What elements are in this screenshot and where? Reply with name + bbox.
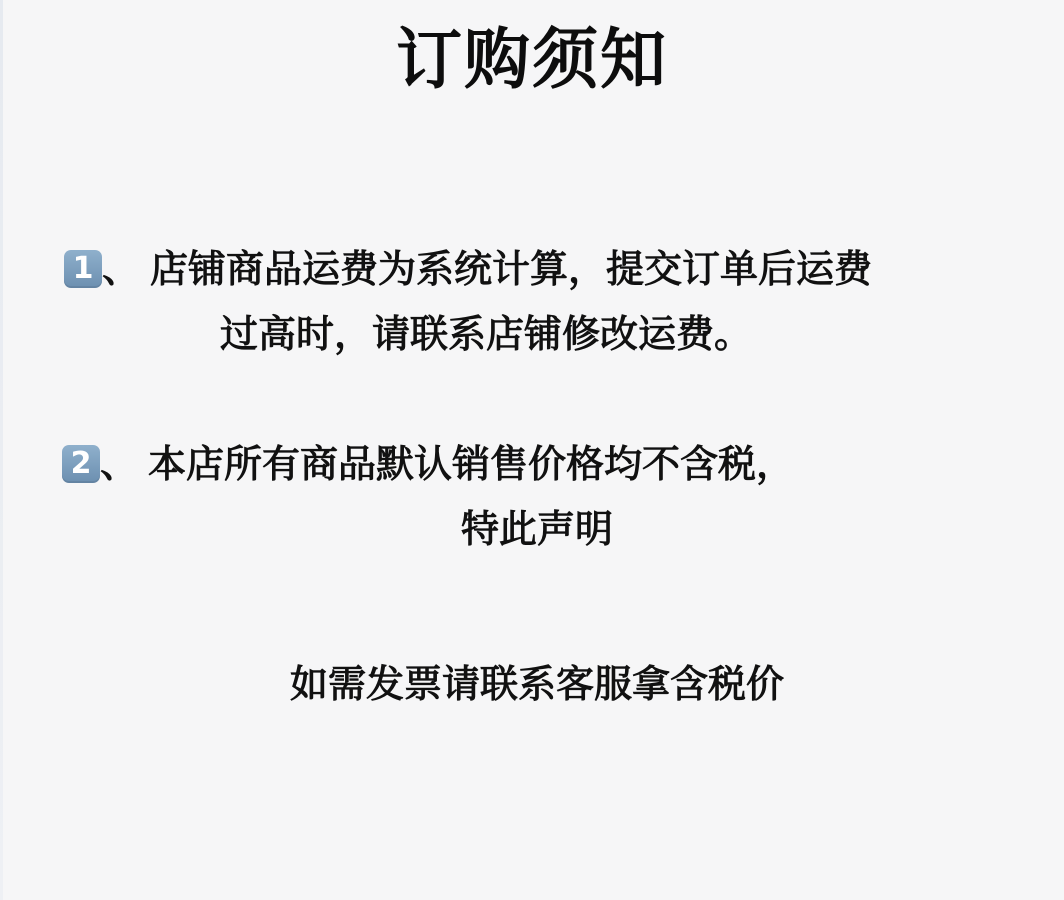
left-edge-strip (0, 0, 3, 900)
notice-item-1-text: 店铺商品运费为系统计算，提交订单后运费 (150, 247, 872, 291)
invoice-note: 如需发票请联系客服拿含税价 (0, 660, 1064, 708)
notice-item-1-line-1: 1、店铺商品运费为系统计算，提交订单后运费 (64, 245, 872, 293)
item-separator: 、 (100, 442, 138, 486)
keycap-2-icon: 2 (62, 445, 100, 483)
item-separator: 、 (102, 247, 140, 291)
notice-item-1-line-2: 过高时，请联系店铺修改运费。 (220, 310, 752, 358)
notice-item-2-text: 本店所有商品默认销售价格均不含税， (148, 442, 794, 486)
keycap-1-icon: 1 (64, 250, 102, 288)
notice-item-2-line-2: 特此声明 (0, 505, 1064, 553)
notice-item-2-line-1: 2、本店所有商品默认销售价格均不含税， (62, 440, 794, 488)
page-title: 订购须知 (0, 20, 1064, 100)
